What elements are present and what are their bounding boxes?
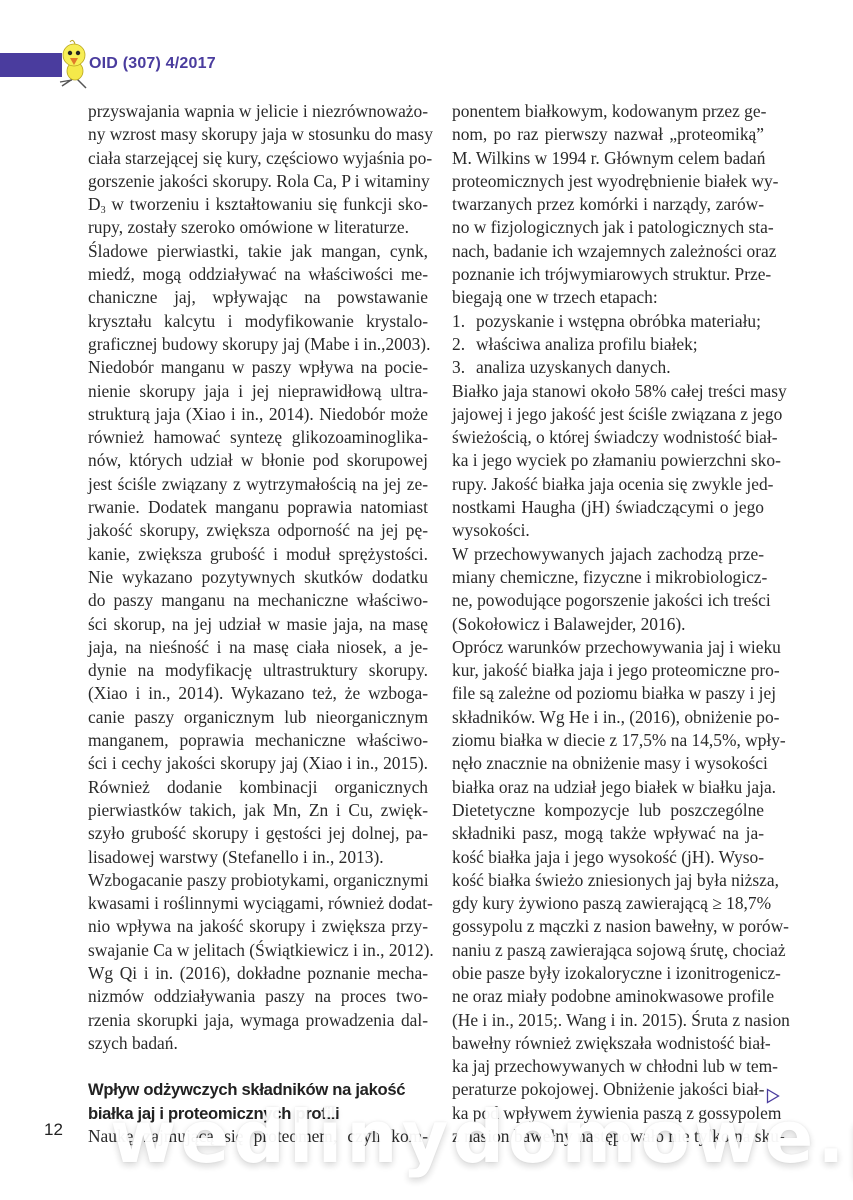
text-line: składniki pasz, mogą także wpływać na ja…: [452, 822, 764, 845]
paragraph-feed-protein: Oprócz warunków przechowywania jaj i wie…: [452, 636, 764, 1149]
text-line: ka i jego wyciek po złamaniu powierzchni…: [452, 449, 764, 472]
left-column: przyswajania wapnia w jelicie i niezrówn…: [88, 100, 428, 1148]
text-line: ka pod wpływem żywienia paszą z gossypol…: [452, 1102, 764, 1125]
text-line: gdy kury żywiono paszą zawierającą ≥ 18,…: [452, 892, 764, 915]
list-number: 3.: [452, 356, 476, 379]
text-line: gossypolu z mączki z nasion bawełny, w p…: [452, 915, 764, 938]
text-line: świeżością, o której świadczy wodnistość…: [452, 426, 764, 449]
text-line: nom, po raz pierwszy nazwał „proteomiką”: [452, 123, 764, 146]
text-line: Oprócz warunków przechowywania jaj i wie…: [452, 636, 764, 659]
paragraph-calcium: przyswajania wapnia w jelicie i niezrówn…: [88, 100, 428, 240]
text-line: jaja, na nieśność i na masę ciała niosek…: [88, 636, 428, 659]
text-line: kość białka świeżo zniesionych jaj była …: [452, 869, 764, 892]
text-line: miany chemiczne, fizyczne i mikrobiologi…: [452, 566, 764, 589]
text-line: W przechowywanych jajach zachodzą prze-: [452, 543, 764, 566]
text-line: ne oraz miały podobne aminokwasowe profi…: [452, 985, 764, 1008]
text-line: wysokości.: [452, 519, 764, 542]
text-line: Również dodanie kombinacji organicznych: [88, 776, 428, 799]
list-text: pozyskanie i wstępna obróbka materiału;: [476, 311, 761, 331]
text-line: przyswajania wapnia w jelicie i niezrówn…: [88, 100, 428, 123]
text-line: nizmów oddziaływania paszy na proces two…: [88, 985, 428, 1008]
text-line: nostkami Haugha (jH) świadczącymi o jego: [452, 496, 764, 519]
text-line: rzenia skorupki jaja, wymaga prowadzenia…: [88, 1009, 428, 1032]
text-line: Wg Qi i in. (2016), dokładne poznanie me…: [88, 962, 428, 985]
text-line: twarzanych przez komórki i narządy, zaró…: [452, 193, 764, 216]
text-line: Wzbogacanie paszy probiotykami, organicz…: [88, 869, 428, 892]
section-heading: Wpływ odżywczych składników na jakość bi…: [88, 1078, 428, 1125]
paragraph-probiotics: Wzbogacanie paszy probiotykami, organicz…: [88, 869, 428, 1055]
text-line: file są zależne od poziomu białka w pasz…: [452, 682, 764, 705]
text-line: chaniczne jaj, wpływając na powstawanie: [88, 286, 428, 309]
text-line: poznanie ich trójwymiarowych struktur. P…: [452, 263, 764, 286]
chick-mascot-icon: [56, 38, 92, 90]
text-line: kość białka jaja i jego wysokość (jH). W…: [452, 846, 764, 869]
text-line: również hamować syntezę glikozoaminoglik…: [88, 426, 428, 449]
text-line: Niedobór manganu w paszy wpływa na pocie…: [88, 356, 428, 379]
text-line: naniu z paszą zawierająca sojową śrutę, …: [452, 939, 764, 962]
list-text: analiza uzyskanych danych.: [476, 357, 671, 377]
text-line: nach, badanie ich wzajemnych zależności …: [452, 240, 764, 263]
text-line: rupy, zostały szeroko omówione w literat…: [88, 216, 428, 239]
right-column: ponentem białkowym, kodowanym przez ge- …: [452, 100, 764, 1148]
text-line: jest ściśle związany z wytrzymałością na…: [88, 473, 428, 496]
text-line: proteomicznych jest wyodrębnienie białek…: [452, 170, 764, 193]
section-spacer: [88, 1055, 428, 1078]
text-line: ziomu białka w diecie z 17,5% na 14,5%, …: [452, 729, 764, 752]
text-line: canie paszy organicznym lub nieorganiczn…: [88, 706, 428, 729]
text-line: no w fizjologicznych jak i patologicznyc…: [452, 216, 764, 239]
text-line: ne, powodujące pogorszenie jakości ich t…: [452, 589, 764, 612]
text-line: ponentem białkowym, kodowanym przez ge-: [452, 100, 764, 123]
text-line: Dietetyczne kompozycje lub poszczególne: [452, 799, 764, 822]
text-line: Naukę zajmującą się proteomem, czyli kom…: [88, 1125, 428, 1148]
paragraph-storage: W przechowywanych jajach zachodzą prze- …: [452, 543, 764, 636]
text-line: kur, jakość białka jaja i jego proteomic…: [452, 659, 764, 682]
text-line: peraturze pokojowej. Obniżenie jakości b…: [452, 1078, 764, 1101]
header-accent-bar: [0, 53, 62, 77]
text-line: nów, których udział w błonie pod skorupo…: [88, 449, 428, 472]
text-line: rupy. Jakość białka jaja ocenia się zwyk…: [452, 473, 764, 496]
list-item: 2.właściwa analiza profilu białek;: [452, 333, 764, 356]
text-line: lisadowej warstwy (Stefanello i in., 201…: [88, 846, 428, 869]
text-line: białka oraz na udział jego białek w biał…: [452, 776, 764, 799]
text-line: gorszenie jakości skorupy. Rola Ca, P i …: [88, 170, 428, 193]
vitamin-d-symbol: D: [88, 194, 101, 214]
text-line-vitamin: D3 w tworzeniu i kształtowaniu się funkc…: [88, 193, 428, 216]
paragraph-proteome: Naukę zajmującą się proteomem, czyli kom…: [88, 1125, 428, 1148]
text-line: (Sokołowicz i Balawejder, 2016).: [452, 613, 764, 636]
text-line: obie pasze były izokaloryczne i izonitro…: [452, 962, 764, 985]
text-line: pierwiastków takich, jak Mn, Zn i Cu, zw…: [88, 799, 428, 822]
list-number: 1.: [452, 310, 476, 333]
text-line: kanie, zwiększa grubość i moduł sprężyst…: [88, 543, 428, 566]
paragraph-proteomics: ponentem białkowym, kodowanym przez ge- …: [452, 100, 764, 310]
text-line: jakość skorupy, zwiększa odporność na je…: [88, 519, 428, 542]
text-line: bawełny również zwiększała wodnistość bi…: [452, 1032, 764, 1055]
text-line: szyło grubość skorupy i gęstości jej dol…: [88, 822, 428, 845]
text-line: Śladowe pierwiastki, takie jak mangan, c…: [88, 240, 428, 263]
issue-title: OID (307) 4/2017: [89, 55, 216, 73]
text-line: składników. Wg He i in., (2016), obniżen…: [452, 706, 764, 729]
text-line: dynie na modyfikację ultrastruktury skor…: [88, 659, 428, 682]
text-line: Białko jaja stanowi około 58% całej treś…: [452, 380, 764, 403]
paragraph-egg-white: Białko jaja stanowi około 58% całej treś…: [452, 380, 764, 543]
text-line: kwasami i roślinnymi wyciągami, również …: [88, 892, 428, 915]
text-line: kryształu kalcytu i modyfikowanie krysta…: [88, 310, 428, 333]
text-line: ny wzrost masy skorupy jaja w stosunku d…: [88, 123, 428, 146]
text-line: jajowej i jego jakość jest ściśle związa…: [452, 403, 764, 426]
text-line: nio wpływa na jakość skorupy i zwiększa …: [88, 915, 428, 938]
list-text: właściwa analiza profilu białek;: [476, 334, 698, 354]
text-line: szych badań.: [88, 1032, 428, 1055]
list-item: 1.pozyskanie i wstępna obróbka materiału…: [452, 310, 764, 333]
text-line: M. Wilkins w 1994 r. Głównym celem badań: [452, 147, 764, 170]
text-line: nęło znacznie na obniżenie masy i wysoko…: [452, 752, 764, 775]
text-line: (He i in., 2015;. Wang i in. 2015). Śrut…: [452, 1009, 764, 1032]
text-line: ści i cechy jakości skorupy jaj (Xiao i …: [88, 752, 428, 775]
text-line: do paszy manganu na mechaniczne właściwo…: [88, 589, 428, 612]
text-line: nienie skorupy jaja i jej nieprawidłową …: [88, 380, 428, 403]
text-line: ciała starzejącej się kury, częściowo wy…: [88, 147, 428, 170]
text-line: rwanie. Dodatek manganu poprawia natomia…: [88, 496, 428, 519]
text-line: Nie wykazano pozytywnych skutków dodatku: [88, 566, 428, 589]
stages-list: 1.pozyskanie i wstępna obróbka materiału…: [452, 310, 764, 380]
text-line: biegają one w trzech etapach:: [452, 286, 764, 309]
text-line: ka jaj przechowywanych w chłodni lub w t…: [452, 1055, 764, 1078]
text-line: graficznej budowy skorupy jaj (Mabe i in…: [88, 333, 428, 356]
list-number: 2.: [452, 333, 476, 356]
text-line: (Xiao i in., 2014). Wykazano też, że wzb…: [88, 682, 428, 705]
text-line: strukturą jaja (Xiao i in., 2014). Niedo…: [88, 403, 428, 426]
list-item: 3.analiza uzyskanych danych.: [452, 356, 764, 379]
triangle-right-icon: [766, 1088, 780, 1104]
text-line: z nasion bawełny następowało nie tylko n…: [452, 1125, 764, 1148]
text-line: swajanie Ca w jelitach (Świątkiewicz i i…: [88, 939, 428, 962]
heading-line: białka jaj i proteomicznych profili: [88, 1102, 428, 1125]
text-line: manganem, poprawia mechaniczne właściwo-: [88, 729, 428, 752]
text-line: miedź, mogą oddziaływać na właściwości m…: [88, 263, 428, 286]
page-number: 12: [44, 1120, 63, 1140]
paragraph-trace-elements: Śladowe pierwiastki, takie jak mangan, c…: [88, 240, 428, 869]
heading-line: Wpływ odżywczych składników na jakość: [88, 1078, 428, 1101]
vitamin-d-subscript: 3: [101, 205, 106, 216]
text-line: ści skorup, na jej udział w masie jaja, …: [88, 613, 428, 636]
